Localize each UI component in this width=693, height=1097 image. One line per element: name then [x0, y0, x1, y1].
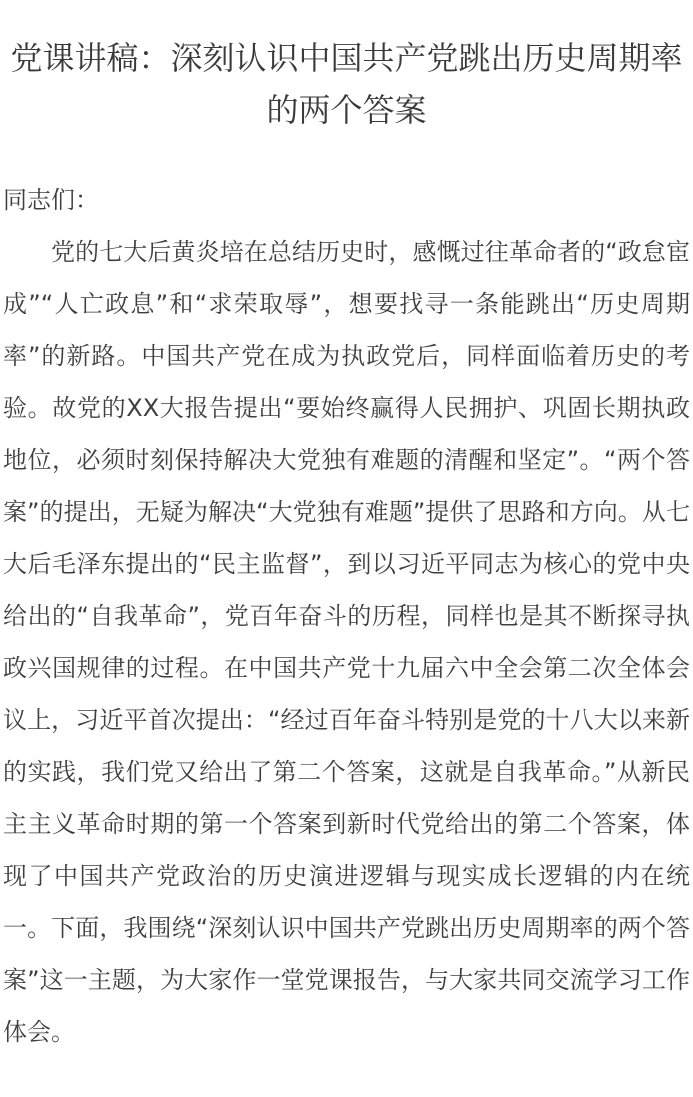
- document-body: 同志们： 党的七大后黄炎培在总结历史时，感慨过往革命者的“政怠宦成”“人亡政息”…: [3, 174, 690, 1058]
- greeting: 同志们：: [3, 174, 690, 226]
- paragraph: 党的七大后黄炎培在总结历史时，感慨过往革命者的“政怠宦成”“人亡政息”和“求荣取…: [3, 226, 690, 1058]
- document: 党课讲稿：深刻认识中国共产党跳出历史周期率的两个答案 同志们： 党的七大后黄炎培…: [0, 0, 693, 1058]
- document-title: 党课讲稿：深刻认识中国共产党跳出历史周期率的两个答案: [3, 0, 690, 136]
